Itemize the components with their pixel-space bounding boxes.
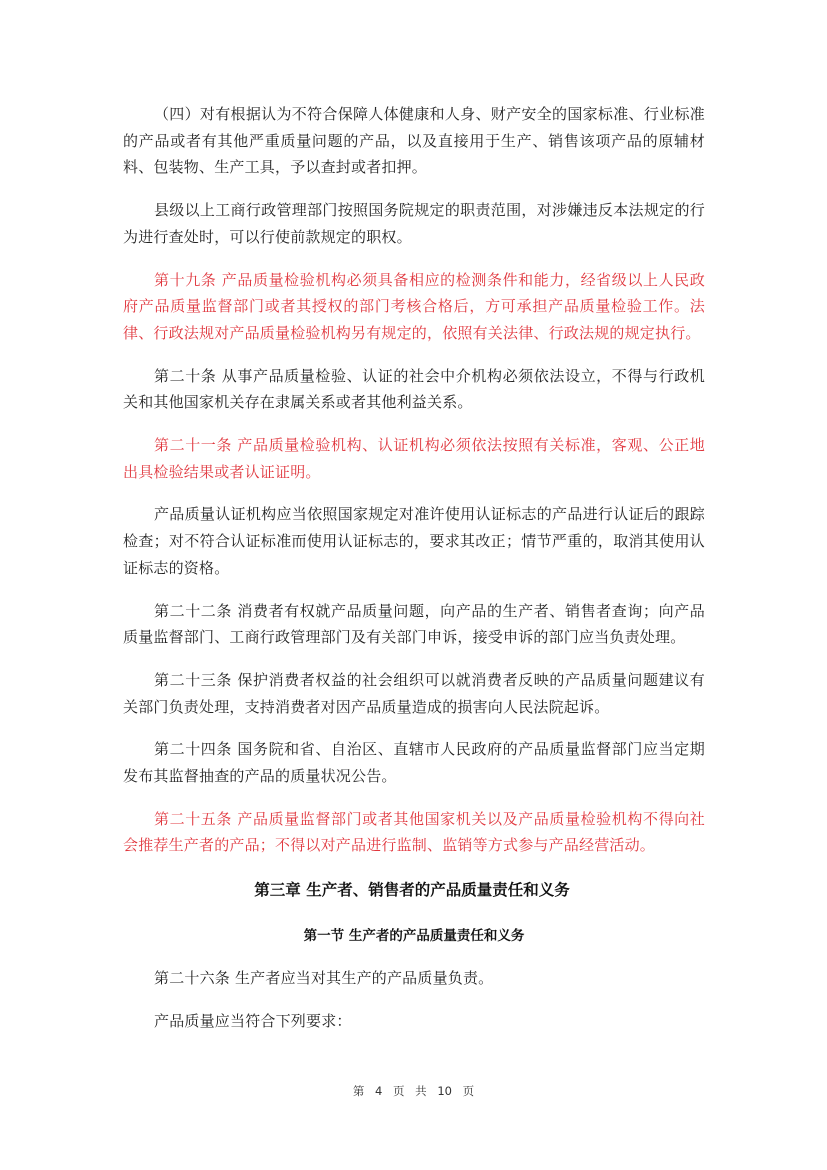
footer-page-unit: 页: [393, 1084, 405, 1098]
article-23: 第二十三条 保护消费者权益的社会组织可以就消费者反映的产品质量问题建议有关部门负…: [123, 667, 705, 720]
current-page-number: 4: [375, 1084, 382, 1098]
footer-total-prefix: 共: [415, 1084, 427, 1098]
article-20: 第二十条 从事产品质量检验、认证的社会中介机构必须依法设立，不得与行政机关和其他…: [123, 363, 705, 416]
page-footer: 第 4 页 共 10 页: [0, 1083, 827, 1099]
paragraph-certification-followup: 产品质量认证机构应当依照国家规定对准许使用认证标志的产品进行认证后的跟踪检查；对…: [123, 501, 705, 581]
article-25-highlighted: 第二十五条 产品质量监督部门或者其他国家机关以及产品质量检验机构不得向社会推荐生…: [123, 806, 705, 859]
paragraph-quality-requirements: 产品质量应当符合下列要求：: [123, 1008, 705, 1035]
article-26: 第二十六条 生产者应当对其生产的产品质量负责。: [123, 965, 705, 992]
article-22: 第二十二条 消费者有权就产品质量问题，向产品的生产者、销售者查询；向产品质量监督…: [123, 598, 705, 651]
document-page: （四）对有根据认为不符合保障人体健康和人身、财产安全的国家标准、行业标准的产品或…: [123, 101, 705, 1051]
chapter-heading: 第三章 生产者、销售者的产品质量责任和义务: [121, 875, 703, 905]
section-heading: 第一节 生产者的产品质量责任和义务: [123, 921, 705, 951]
paragraph-county-authority: 县级以上工商行政管理部门按照国务院规定的职责范围，对涉嫌违反本法规定的行为进行查…: [123, 197, 705, 250]
total-pages-number: 10: [437, 1084, 452, 1098]
article-24: 第二十四条 国务院和省、自治区、直辖市人民政府的产品质量监督部门应当定期发布其监…: [123, 736, 705, 789]
paragraph-item-4-clause: （四）对有根据认为不符合保障人体健康和人身、财产安全的国家标准、行业标准的产品或…: [123, 101, 705, 181]
footer-total-unit: 页: [463, 1084, 475, 1098]
article-19-highlighted: 第十九条 产品质量检验机构必须具备相应的检测条件和能力，经省级以上人民政府产品质…: [123, 267, 705, 347]
article-21-highlighted: 第二十一条 产品质量检验机构、认证机构必须依法按照有关标准，客观、公正地出具检验…: [123, 432, 705, 485]
footer-prefix: 第: [353, 1084, 365, 1098]
